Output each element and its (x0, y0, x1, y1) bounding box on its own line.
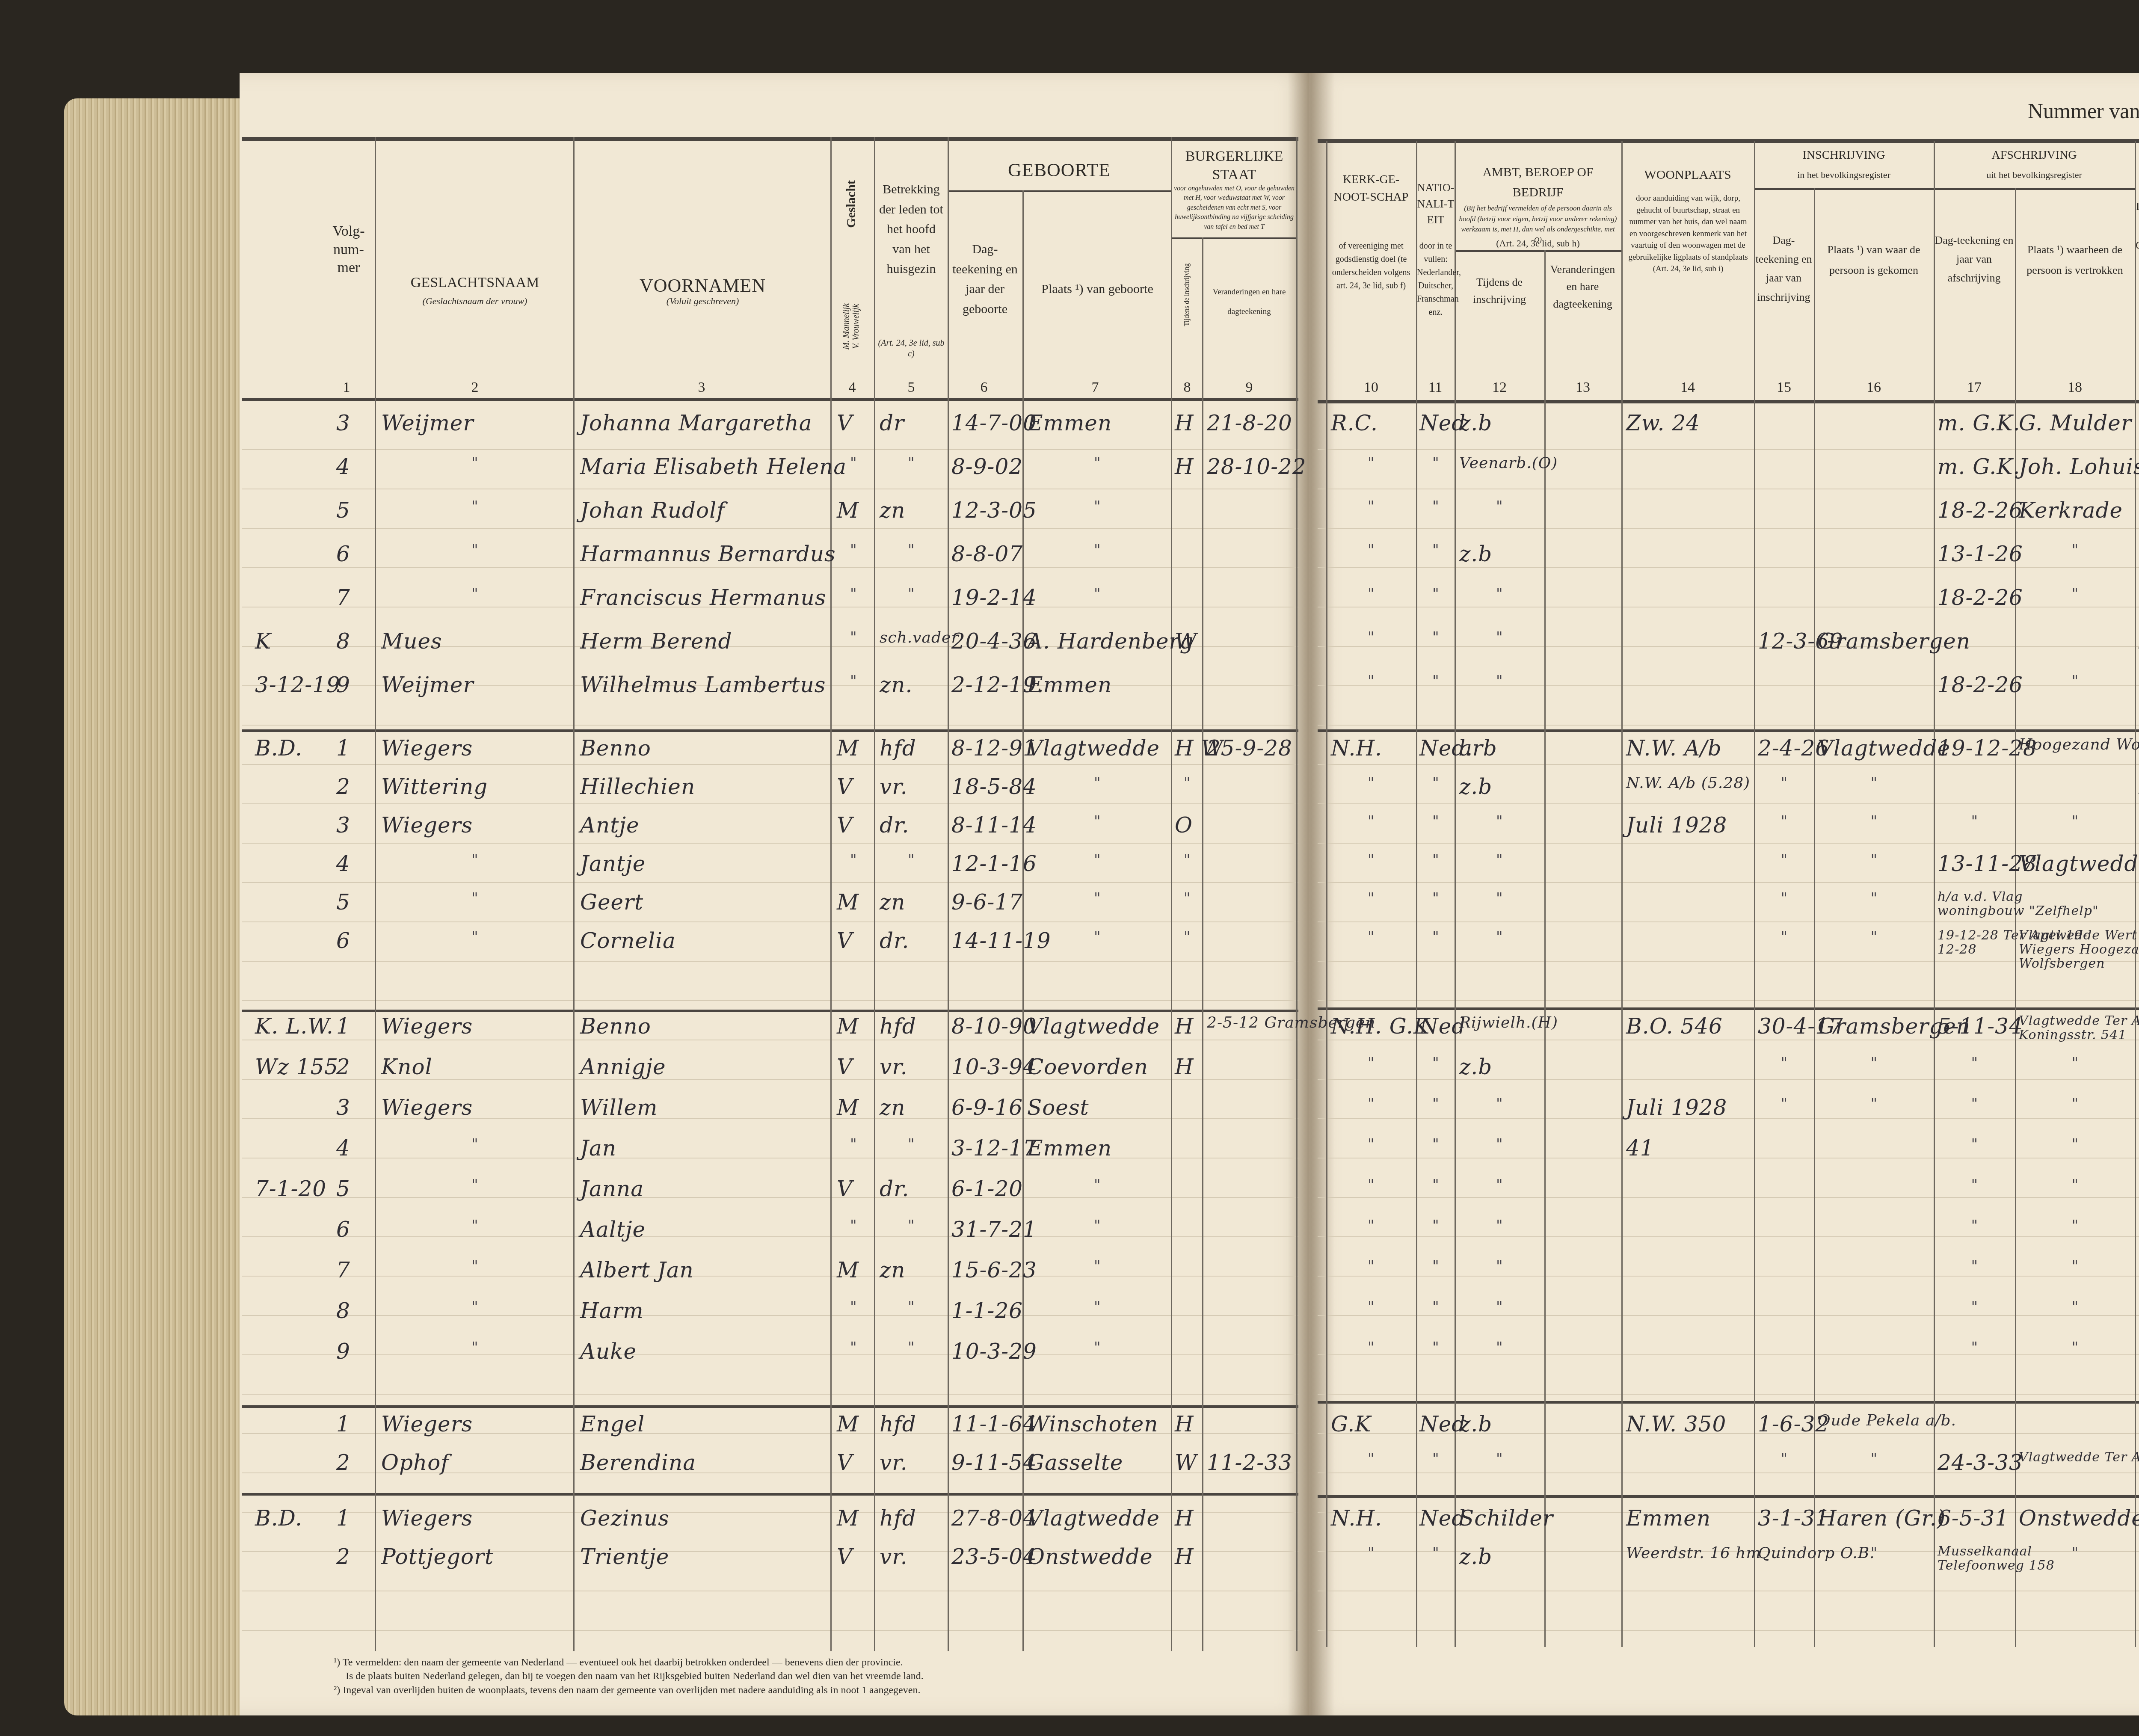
cell-volgnr: 5 (336, 1176, 350, 1201)
cell-margin: 7-1-20 (255, 1176, 326, 1201)
cell-voornamen: Janna (580, 1176, 644, 1201)
afschrijving-header: AFSCHRIJVING (1936, 148, 2133, 163)
cell-volgnr: 8 (336, 629, 350, 654)
cell-afschr-datum: 13-1-26 (1938, 542, 2023, 566)
page-stack-edge (64, 98, 244, 1715)
cell-inschr-datum: " (1781, 774, 1788, 791)
cell-geb-datum: 8-8-07 (951, 542, 1023, 566)
cell-volgnr: 2 (336, 1450, 350, 1475)
cell-kerk: G.K (1331, 1412, 1371, 1437)
cell-afschr-datum: 18-2-26 (1938, 498, 2023, 523)
cell-geslacht: V (837, 411, 853, 435)
cell-afschr-datum: 24-3-33 (1938, 1450, 2023, 1475)
cell-inschr-datum: " (1781, 928, 1788, 945)
col-number: 5 (898, 379, 924, 397)
cell-afschr-plaats: " (2072, 1217, 2079, 1234)
cell-geb-plaats: " (1094, 890, 1101, 907)
cell-geslachtsnaam: Wittering (381, 774, 488, 799)
cell-voornamen: Geert (580, 890, 643, 915)
cell-geb-datum: 20-4-36 (951, 629, 1037, 654)
cell-nat: " (1432, 498, 1439, 515)
cell-geb-datum: 14-11-19 (951, 928, 1051, 953)
cell-bs-inschr: " (1184, 890, 1191, 907)
cell-voornamen: Maria Elisabeth Helena (580, 454, 847, 479)
col-number: 13 (1570, 379, 1596, 397)
cell-kerk: " (1368, 1339, 1375, 1356)
cell-inschr-datum: " (1781, 851, 1788, 868)
cell-geb-datum: 10-3-94 (951, 1055, 1037, 1079)
cell-nat: " (1432, 1298, 1439, 1315)
column-divider (1202, 237, 1203, 1651)
cell-geslachtsnaam: Ophof (381, 1450, 449, 1475)
household-separator (242, 1405, 1298, 1408)
inschrijving-subheader: in het bevolkingsregister (1756, 169, 1932, 181)
cell-geb-plaats: " (1094, 454, 1101, 471)
cell-volgnr: 2 (336, 774, 350, 799)
cell-geslachtsnaam: " (471, 498, 478, 515)
cell-inschr-datum: " (1781, 890, 1788, 907)
ruled-line (242, 725, 1298, 726)
cell-kerk: " (1368, 542, 1375, 559)
cell-afschr-datum: " (1971, 1217, 1978, 1234)
col-2-subheader: (Geslachtsnaam der vrouw) (376, 295, 573, 307)
cell-geslachtsnaam: Wiegers (381, 1014, 473, 1039)
cell-betrekking: vr. (880, 1450, 908, 1475)
cell-inschr-plaats: Haren (Gr.) (1818, 1506, 1946, 1531)
cell-betrekking: hfd (880, 736, 916, 761)
cell-ambt: Rijwielh.(H) (1459, 1014, 1558, 1031)
cell-woonplaats: Juli 1928 (1626, 813, 1727, 838)
cell-geb-plaats: " (1094, 813, 1101, 830)
col-3-header: VOORNAMEN (575, 274, 830, 297)
cell-voornamen: Albert Jan (580, 1258, 694, 1283)
sheet-number-label: Nummer van het blad (2028, 98, 2139, 123)
cell-geb-plaats: " (1094, 851, 1101, 868)
col-18-header: Plaats ¹) waarheen de persoon is vertrok… (2017, 240, 2133, 281)
cell-betrekking: zn (880, 498, 906, 523)
cell-afschr-datum: " (1971, 1055, 1978, 1072)
cell-voornamen: Franciscus Hermanus (580, 585, 826, 610)
cell-ambt: " (1496, 1298, 1503, 1315)
cell-betrekking: " (908, 454, 915, 471)
cell-geslachtsnaam: Wiegers (381, 1095, 473, 1120)
cell-geb-plaats: Emmen (1027, 1136, 1112, 1161)
cell-afschr-plaats: " (2072, 542, 2079, 559)
cell-afschr-plaats: Hoogezand Wolfsbergen (2019, 736, 2139, 753)
cell-nat: " (1432, 774, 1439, 791)
cell-geslacht: M (837, 1014, 859, 1039)
cell-nat: " (1432, 1095, 1439, 1112)
book-spine (1288, 73, 1335, 1715)
cell-volgnr: 1 (336, 1506, 350, 1531)
household-separator (242, 1010, 1298, 1012)
cell-betrekking: dr. (880, 1176, 909, 1201)
cell-geb-datum: 8-12-91 (951, 736, 1037, 761)
afschrijving-subheader: uit het bevolkingsregister (1936, 169, 2133, 181)
cell-kerk: " (1368, 454, 1375, 471)
cell-geb-datum: 31-7-21 (951, 1217, 1037, 1242)
cell-afschr-plaats: " (2072, 1258, 2079, 1275)
cell-afschr-plaats: Vlagtwedde (2019, 851, 2139, 876)
cell-geb-datum: 1-1-26 (951, 1298, 1023, 1323)
col-11-subheader: door in te vullen: Nederlander, Duitsche… (1417, 240, 1455, 319)
cell-geslacht: " (850, 1298, 857, 1315)
column-divider (1416, 141, 1417, 1647)
cell-voornamen: Willem (580, 1095, 658, 1120)
cell-kerk: " (1368, 1298, 1375, 1315)
col-2-header: GESLACHTSNAAM (376, 274, 573, 292)
cell-volgnr: 9 (336, 1339, 350, 1364)
cell-kerk: N.H. (1331, 736, 1382, 761)
cell-woonplaats: Weerdstr. 16 hm (1626, 1544, 1761, 1562)
cell-ambt: " (1496, 1258, 1503, 1275)
cell-geb-plaats: " (1094, 928, 1101, 945)
cell-geb-plaats: Winschoten (1027, 1412, 1158, 1437)
cell-betrekking: vr. (880, 1544, 908, 1569)
cell-voornamen: Annigje (580, 1055, 666, 1079)
cell-afschr-datum: 6-5-31 (1938, 1506, 2009, 1531)
cell-geslacht: " (850, 629, 857, 646)
column-divider (375, 137, 376, 1651)
cell-geb-datum: 18-5-84 (951, 774, 1037, 799)
cell-voornamen: Auke (580, 1339, 637, 1364)
cell-geslacht: V (837, 1544, 853, 1569)
cell-kerk: " (1368, 851, 1375, 868)
cell-inschr-datum: Quindorp O.B. (1758, 1544, 1875, 1562)
cell-ambt: z.b (1459, 1412, 1492, 1437)
col-number: 1 (334, 379, 359, 397)
cell-inschr-datum: " (1781, 1450, 1788, 1467)
cell-geb-plaats: " (1094, 585, 1101, 602)
cell-kerk: " (1368, 498, 1375, 515)
cell-geb-datum: 14-7-00 (951, 411, 1037, 435)
cell-geslachtsnaam: " (471, 1258, 478, 1275)
cell-inschr-datum: " (1781, 1095, 1788, 1112)
ambt-subrule (1455, 250, 1621, 252)
cell-geslacht: V (837, 1055, 853, 1079)
cell-geslacht: " (850, 1339, 857, 1356)
cell-woonplaats: Juli 1928 (1626, 1095, 1727, 1120)
cell-voornamen: Berendina (580, 1450, 696, 1475)
cell-geb-datum: 8-10-90 (951, 1014, 1037, 1039)
cell-bs-inschr: H (1175, 1055, 1194, 1079)
cell-volgnr: 4 (336, 454, 350, 479)
cell-geb-datum: 15-6-23 (951, 1258, 1037, 1283)
cell-bs-inschr: H (1175, 1544, 1194, 1569)
cell-voornamen: Gezinus (580, 1506, 670, 1531)
cell-ambt: " (1496, 585, 1503, 602)
cell-ambt: z.b (1459, 411, 1492, 435)
cell-kerk: " (1368, 1095, 1375, 1112)
col-7-header: Plaats ¹) van geboorte (1025, 278, 1170, 300)
burgerlijke-staat-header: BURGERLIJKE STAAT (1172, 148, 1296, 184)
cell-nat: " (1432, 585, 1439, 602)
cell-kerk: N.H. G.K (1331, 1014, 1430, 1039)
cell-ambt: " (1496, 851, 1503, 868)
cell-geslacht: M (837, 1095, 859, 1120)
cell-kerk: " (1368, 1217, 1375, 1234)
cell-geb-plaats: Vlagtwedde (1027, 1506, 1160, 1531)
cell-ambt: " (1496, 928, 1503, 945)
cell-bs-inschr: " (1184, 928, 1191, 945)
ambt-header: AMBT, BEROEP OF BEDRIJF (1457, 163, 1619, 202)
cell-geslacht: " (850, 672, 857, 690)
cell-volgnr: 3 (336, 1095, 350, 1120)
cell-inschr-plaats: " (1871, 1095, 1878, 1112)
cell-afschr-plaats: Onstwedde (2019, 1506, 2139, 1531)
cell-volgnr: 7 (336, 1258, 350, 1283)
col-number: 14 (1675, 379, 1701, 397)
ruled-line (242, 1315, 1298, 1316)
cell-geb-plaats: Coevorden (1027, 1055, 1148, 1079)
cell-bs-verand: 25-9-28 (1207, 736, 1292, 761)
cell-margin: B.D. (255, 736, 302, 761)
cell-ambt: " (1496, 1095, 1503, 1112)
ruled-line (242, 449, 1298, 450)
cell-volgnr: 5 (336, 890, 350, 915)
cell-bs-inschr: H (1175, 1412, 1194, 1437)
column-divider (1171, 137, 1172, 1651)
cell-geb-plaats: " (1094, 1176, 1101, 1194)
cell-bs-verand: 21-8-20 (1207, 411, 1292, 435)
cell-geslacht: " (850, 454, 857, 471)
cell-voornamen: Antje (580, 813, 640, 838)
ruled-line (242, 1630, 1298, 1631)
ruled-line (242, 1197, 1298, 1198)
cell-geb-datum: 9-11-54 (951, 1450, 1037, 1475)
cell-betrekking: dr (880, 411, 904, 435)
column-divider (1621, 141, 1623, 1647)
cell-geb-datum: 23-5-04 (951, 1544, 1037, 1569)
col-3-subheader: (Voluit geschreven) (575, 295, 830, 307)
cell-betrekking: " (908, 1136, 915, 1153)
cell-betrekking: hfd (880, 1412, 916, 1437)
ruled-line (242, 764, 1298, 765)
cell-margin: K (255, 629, 271, 654)
cell-afschr-plaats: Joh. Lohuis (2019, 454, 2139, 479)
col-14-subheader: door aanduiding van wijk, dorp, gehucht … (1625, 193, 1751, 275)
cell-geb-plaats: Vlagtwedde (1027, 1014, 1160, 1039)
cell-volgnr: 6 (336, 928, 350, 953)
cell-nat: " (1432, 1176, 1439, 1194)
col-12-header: Tijdens de inschrijving (1457, 274, 1542, 308)
cell-kerk: " (1368, 890, 1375, 907)
cell-volgnr: 5 (336, 498, 350, 523)
col-10-header: KERK-GE-NOOT-SCHAP (1328, 171, 1414, 206)
cell-betrekking: " (908, 585, 915, 602)
cell-geb-plaats: Onstwedde (1027, 1544, 1153, 1569)
cell-geb-datum: 19-2-14 (951, 585, 1037, 610)
cell-margin: 3-12-19 (255, 672, 341, 697)
afschrijving-subrule (1934, 188, 2135, 190)
cell-afschr-datum: " (1971, 1095, 1978, 1112)
cell-ambt: " (1496, 1217, 1503, 1234)
cell-woonplaats: 41 (1626, 1136, 1654, 1161)
footnote-1-cont: Is de plaats buiten Nederland gelegen, d… (334, 1669, 1296, 1683)
cell-voornamen: Jan (580, 1136, 616, 1161)
ruled-line (242, 803, 1298, 804)
column-divider (830, 137, 832, 1651)
col-number: 18 (2062, 379, 2088, 397)
cell-betrekking: " (908, 1339, 915, 1356)
cell-ambt: " (1496, 498, 1503, 515)
cell-volgnr: 3 (336, 411, 350, 435)
cell-volgnr: 2 (336, 1055, 350, 1079)
cell-margin: B.D. (255, 1506, 302, 1531)
col-19-header: Dag-teekening en jaar van OVERLIJDEN ²) (2136, 197, 2139, 275)
cell-kerk: " (1368, 672, 1375, 690)
cell-bs-inschr: H (1175, 1506, 1194, 1531)
cell-geb-datum: 3-12-17 (951, 1136, 1037, 1161)
cell-ambt: z.b (1459, 1544, 1492, 1569)
cell-ambt: z.b (1459, 774, 1492, 799)
footnote-1: ¹) Te vermelden: den naam der gemeente v… (334, 1656, 1296, 1669)
cell-inschr-plaats: " (1871, 1544, 1878, 1561)
cell-afschr-datum: 18-2-26 (1938, 672, 2023, 697)
cell-betrekking: zn (880, 1258, 906, 1283)
ruled-line (242, 843, 1298, 844)
cell-kerk: " (1368, 1055, 1375, 1072)
cell-voornamen: Engel (580, 1412, 645, 1437)
cell-geslacht: " (850, 1136, 857, 1153)
cell-afschr-datum: " (1971, 813, 1978, 830)
cell-afschr-plaats: " (2072, 585, 2079, 602)
cell-geb-plaats: " (1094, 1258, 1101, 1275)
cell-geslacht: V (837, 774, 853, 799)
cell-afschr-datum: m. G.K. (1938, 411, 2020, 435)
cell-bs-verand: 28-10-22 (1207, 454, 1307, 479)
cell-geslacht: M (837, 498, 859, 523)
cell-afschr-plaats: " (2072, 1055, 2079, 1072)
col-10-subheader: of vereeniging met godsdienstig doel (te… (1328, 240, 1414, 293)
cell-inschr-plaats: " (1871, 851, 1878, 868)
ruled-line (242, 1236, 1298, 1237)
cell-betrekking: " (908, 1298, 915, 1315)
cell-kerk: " (1368, 585, 1375, 602)
cell-geb-datum: 8-9-02 (951, 454, 1023, 479)
col-13-header: Veranderingen en hare dagteekening (1545, 261, 1620, 313)
cell-margin: Wz 155 (255, 1055, 338, 1079)
cell-inschr-plaats: " (1871, 1055, 1878, 1072)
cell-geb-datum: 10-3-29 (951, 1339, 1037, 1364)
cell-inschr-plaats: " (1871, 774, 1878, 791)
ambt-art: (Art. 24, 3e lid, sub h) (1459, 237, 1617, 249)
cell-afschr-plaats: " (2072, 1339, 2079, 1356)
cell-geb-datum: 12-1-16 (951, 851, 1037, 876)
cell-ambt: " (1496, 813, 1503, 830)
cell-voornamen: Trientje (580, 1544, 669, 1569)
cell-voornamen: Johanna Margaretha (580, 411, 812, 435)
cell-kerk: " (1368, 1136, 1375, 1153)
cell-afschr-plaats: Vlagtwedde Ter Apel / H25. (2019, 1450, 2139, 1464)
cell-geslachtsnaam: Weijmer (381, 672, 474, 697)
cell-betrekking: zn (880, 890, 906, 915)
cell-ambt: " (1496, 890, 1503, 907)
cell-kerk: " (1368, 1544, 1375, 1561)
cell-geslacht: V (837, 928, 853, 953)
cell-geb-datum: 6-9-16 (951, 1095, 1023, 1120)
cell-betrekking: dr. (880, 813, 909, 838)
cell-geb-plaats: " (1094, 1217, 1101, 1234)
col-number: 6 (971, 379, 997, 397)
cell-geslacht: M (837, 890, 859, 915)
col-number: 9 (1236, 379, 1262, 397)
cell-volgnr: 1 (336, 1412, 350, 1437)
cell-geslachtsnaam: " (471, 890, 478, 907)
cell-geb-plaats: A. Hardenberg (1027, 629, 1194, 654)
cell-afschr-plaats: Vlagtwedde Ter Apel Koningsstr. 541 (2019, 1014, 2139, 1042)
col-6-header: Dag-teekening en jaar der geboorte (950, 240, 1020, 319)
cell-voornamen: Benno (580, 1014, 651, 1039)
col-15-header: Dag-teekening en jaar van inschrijving (1755, 231, 1813, 307)
cell-kerk: N.H. (1331, 1506, 1382, 1531)
cell-nat: " (1432, 1544, 1439, 1561)
household-separator (242, 729, 1298, 732)
cell-voornamen: Benno (580, 736, 651, 761)
cell-inschr-plaats: Vlagtwedde (1818, 736, 1950, 761)
cell-nat: " (1432, 813, 1439, 830)
register-book: Nummer van het blad Volg- num- mer GESLA… (0, 0, 2139, 1736)
cell-geslachtsnaam: " (471, 851, 478, 868)
burgerlijke-subrule (1171, 237, 1296, 239)
col-number: 11 (1422, 379, 1448, 397)
cell-afschr-plaats: " (2072, 1176, 2079, 1194)
ruled-line (242, 1394, 1298, 1395)
cell-geb-datum: 8-11-14 (951, 813, 1037, 838)
col-number: 16 (1861, 379, 1887, 397)
cell-inschr-plaats: " (1871, 1450, 1878, 1467)
cell-woonplaats: Zw. 24 (1626, 411, 1700, 435)
cell-geslachtsnaam: " (471, 1176, 478, 1194)
cell-geslachtsnaam: " (471, 928, 478, 945)
cell-betrekking: zn (880, 1095, 906, 1120)
cell-voornamen: Jantje (580, 851, 646, 876)
cell-geb-datum: 9-6-17 (951, 890, 1023, 915)
cell-bs-inschr: H (1175, 411, 1194, 435)
ruled-line (242, 882, 1298, 883)
cell-geb-plaats: " (1094, 498, 1101, 515)
cell-nat: " (1432, 1055, 1439, 1072)
cell-geb-plaats: Emmen (1027, 411, 1112, 435)
ruled-line (242, 1276, 1298, 1277)
column-divider (874, 137, 875, 1651)
col-5-subheader: (Art. 24, 3e lid, sub c) (877, 338, 945, 359)
col-16-header: Plaats ¹) van waar de persoon is gekomen (1816, 240, 1932, 281)
cell-geb-plaats: Gasselte (1027, 1450, 1123, 1475)
cell-kerk: R.C. (1331, 411, 1378, 435)
cell-geslachtsnaam: Wiegers (381, 813, 473, 838)
household-separator (242, 1493, 1298, 1496)
cell-ambt: Veenarb.(O) (1459, 454, 1558, 472)
col-number: 2 (462, 379, 488, 397)
col-4-header: Geslacht (844, 157, 859, 251)
cell-geb-datum: 27-8-04 (951, 1506, 1037, 1531)
cell-nat: " (1432, 1217, 1439, 1234)
cell-volgnr: 7 (336, 585, 350, 610)
col-number: 4 (839, 379, 865, 397)
column-divider (573, 137, 575, 1651)
cell-geslachtsnaam: Mues (381, 629, 442, 654)
cell-afschr-plaats: " (2072, 672, 2079, 690)
cell-geslacht: M (837, 1412, 859, 1437)
cell-ambt: " (1496, 1339, 1503, 1356)
cell-afschr-plaats: " (2072, 813, 2079, 830)
cell-ambt: z.b (1459, 542, 1492, 566)
cell-afschr-plaats: Vlagtwedde Wert h/a Jan Wiegers Hoogezan… (2019, 928, 2139, 971)
cell-afschr-plaats: G. Mulder (2019, 411, 2132, 435)
cell-geslachtsnaam: " (471, 585, 478, 602)
cell-bs-inschr: H (1175, 1014, 1194, 1039)
